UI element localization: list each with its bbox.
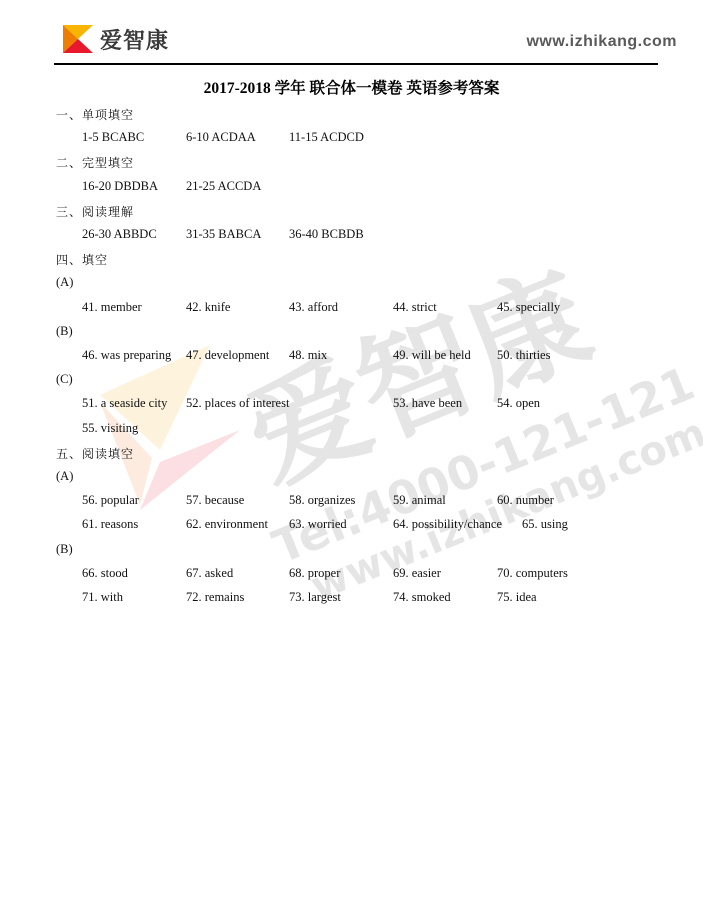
answer-item: 57. because — [186, 493, 244, 508]
answer-item: 21-25 ACCDA — [186, 179, 261, 194]
answer-item: 69. easier — [393, 566, 441, 581]
answer-item: 70. computers — [497, 566, 568, 581]
answer-item: 58. organizes — [289, 493, 355, 508]
answer-item: 41. member — [82, 300, 142, 315]
answer-item: 62. environment — [186, 517, 268, 532]
part-label: (B) — [56, 542, 73, 557]
answer-item: 74. smoked — [393, 590, 451, 605]
answer-item: 48. mix — [289, 348, 327, 363]
answer-item: 49. will be held — [393, 348, 471, 363]
part-label: (A) — [56, 275, 73, 290]
answer-item: 52. places of interest — [186, 396, 289, 411]
answer-item: 63. worried — [289, 517, 347, 532]
part-label: (C) — [56, 372, 73, 387]
answer-item: 1-5 BCABC — [82, 130, 144, 145]
answer-item: 65. using — [522, 517, 568, 532]
izhikang-logo-icon — [63, 25, 93, 53]
header-divider — [54, 63, 658, 65]
answer-item: 61. reasons — [82, 517, 138, 532]
answer-item: 75. idea — [497, 590, 537, 605]
answer-item: 45. specially — [497, 300, 560, 315]
section-heading: 二、完型填空 — [56, 154, 134, 171]
answer-item: 11-15 ACDCD — [289, 130, 364, 145]
answer-item: 73. largest — [289, 590, 341, 605]
answer-item: 26-30 ABBDC — [82, 227, 157, 242]
answer-item: 71. with — [82, 590, 123, 605]
site-url[interactable]: www.izhikang.com — [526, 33, 677, 51]
answer-item: 56. popular — [82, 493, 139, 508]
answer-item: 66. stood — [82, 566, 128, 581]
answer-item: 6-10 ACDAA — [186, 130, 256, 145]
part-label: (A) — [56, 469, 73, 484]
section-heading: 一、单项填空 — [56, 106, 134, 123]
answer-item: 54. open — [497, 396, 540, 411]
answer-item: 31-35 BABCA — [186, 227, 261, 242]
answer-item: 68. proper — [289, 566, 340, 581]
page-title: 2017-2018 学年 联合体一模卷 英语参考答案 — [0, 76, 703, 98]
answer-item: 42. knife — [186, 300, 230, 315]
section-heading: 三、阅读理解 — [56, 203, 134, 220]
answer-item: 55. visiting — [82, 421, 138, 436]
answer-item: 59. animal — [393, 493, 446, 508]
answer-item: 50. thirties — [497, 348, 550, 363]
section-heading: 五、阅读填空 — [56, 445, 134, 462]
answer-item: 44. strict — [393, 300, 437, 315]
answer-item: 36-40 BCBDB — [289, 227, 364, 242]
answer-item: 60. number — [497, 493, 554, 508]
answer-item: 72. remains — [186, 590, 244, 605]
watermark-brand: 爱智康 — [229, 248, 609, 509]
brand-name: 爱智康 — [100, 24, 169, 55]
answer-item: 46. was preparing — [82, 348, 171, 363]
section-heading: 四、填空 — [56, 251, 108, 268]
answer-item: 64. possibility/chance — [393, 517, 502, 532]
answer-item: 51. a seaside city — [82, 396, 167, 411]
answer-item: 67. asked — [186, 566, 233, 581]
watermark-tel: Tel:4000-121-121 — [265, 356, 701, 574]
answer-item: 47. development — [186, 348, 269, 363]
answer-item: 53. have been — [393, 396, 462, 411]
part-label: (B) — [56, 324, 73, 339]
answer-item: 43. afford — [289, 300, 338, 315]
answer-item: 16-20 DBDBA — [82, 179, 158, 194]
